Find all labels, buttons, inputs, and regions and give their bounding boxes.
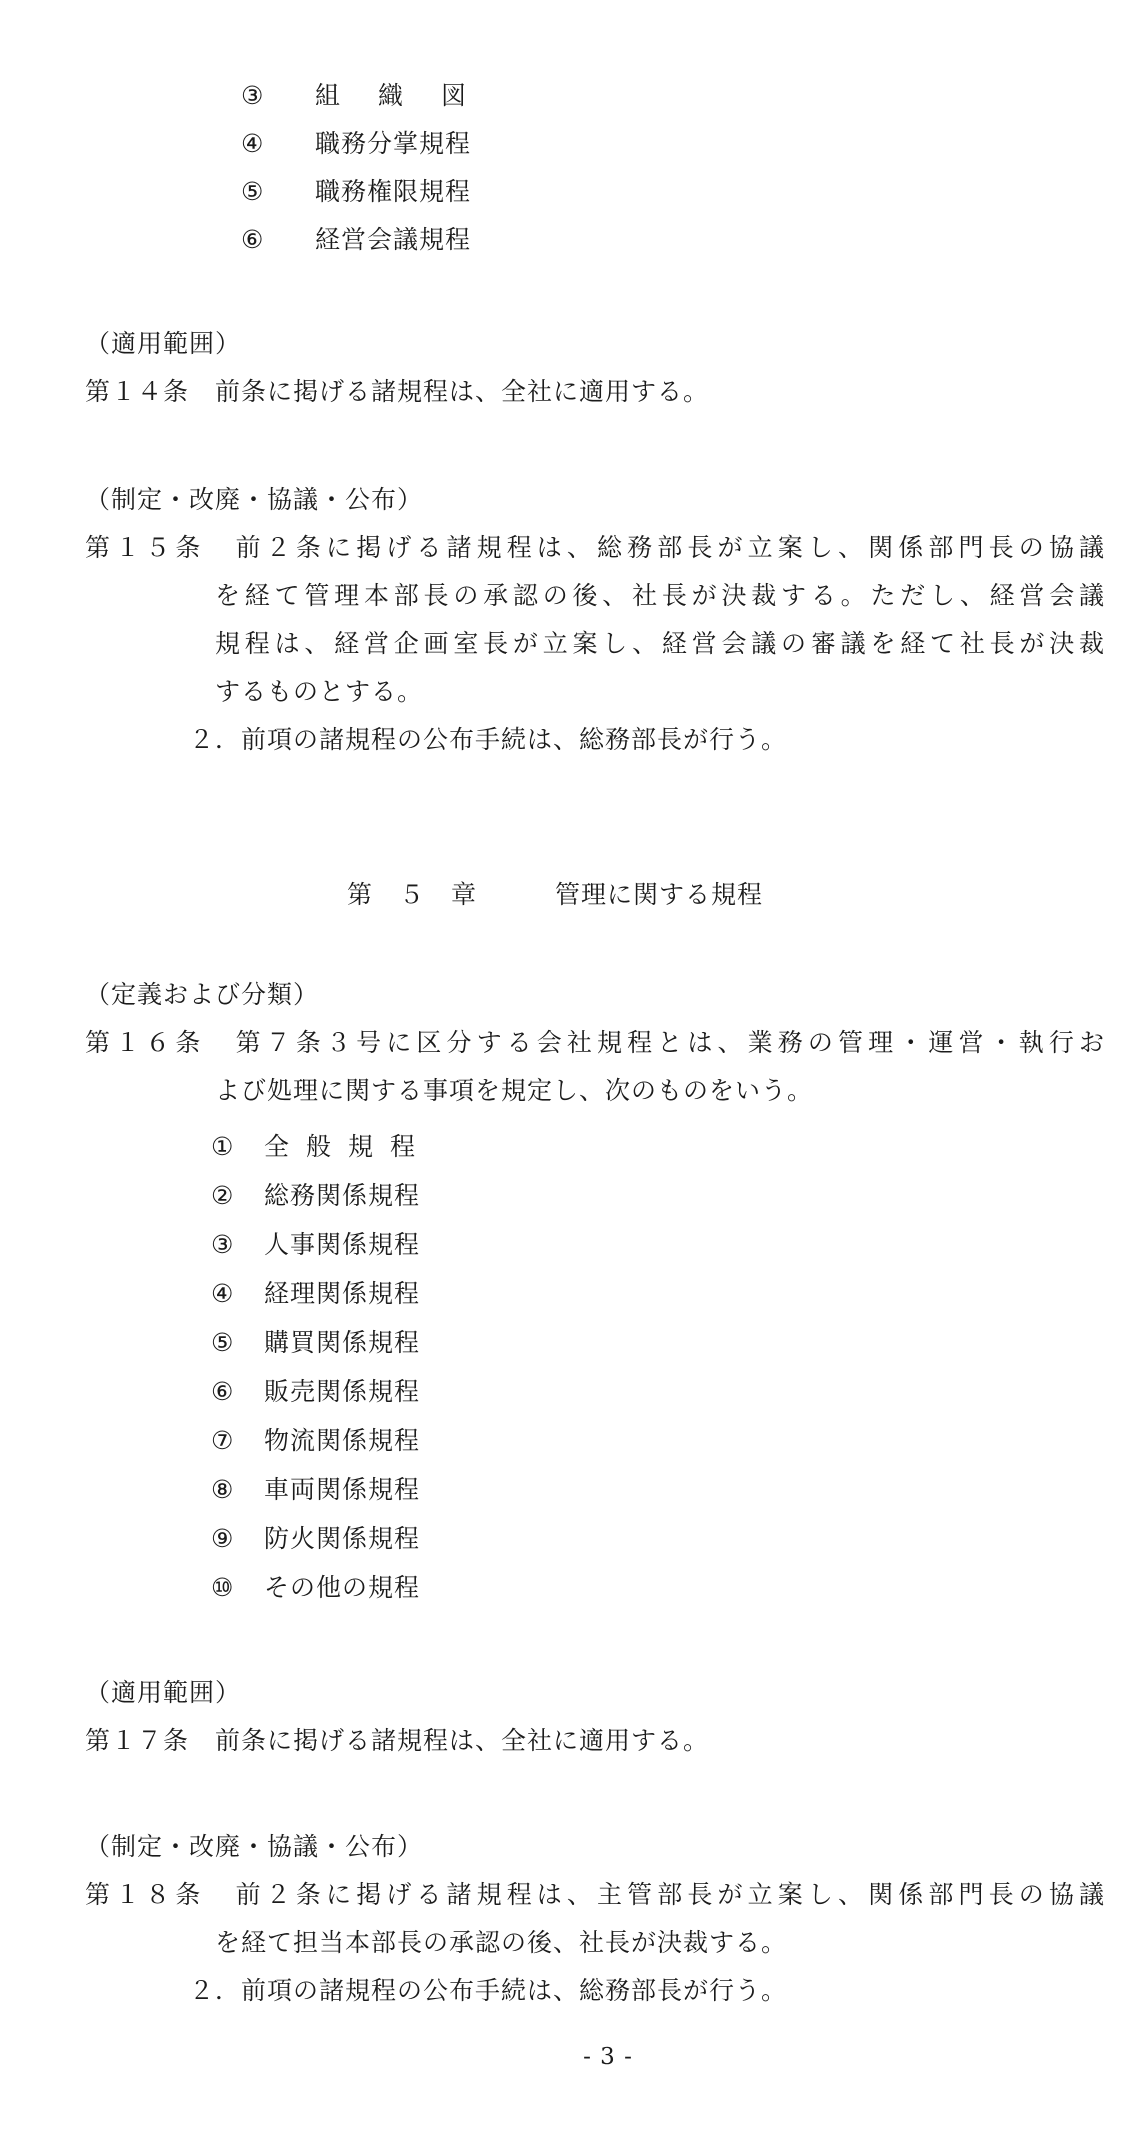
article-18-paragraph-2: ２．前項の諸規程の公布手続は、総務部長が行う。 bbox=[189, 1967, 787, 2015]
list-item-text: 販売関係規程 bbox=[264, 1377, 420, 1406]
list-item: ④職務分掌規程 bbox=[241, 120, 471, 168]
list-item-text: 総務関係規程 bbox=[264, 1181, 420, 1210]
list-item: ⑥経営会議規程 bbox=[241, 216, 471, 264]
list-item-text: 経理関係規程 bbox=[264, 1279, 420, 1308]
article-18-line: 第１８条 前２条に掲げる諸規程は、主管部長が立案し、関係部門長の協議 bbox=[85, 1871, 1105, 1919]
article-15-caption: （制定・改廃・協議・公布） bbox=[85, 476, 423, 524]
article-15-line: 第１５条 前２条に掲げる諸規程は、総務部長が立案し、関係部門長の協議 bbox=[85, 524, 1105, 572]
list-item-text: 人事関係規程 bbox=[264, 1230, 420, 1259]
article-15-line: 規程は、経営企画室長が立案し、経営会議の審議を経て社長が決裁 bbox=[215, 620, 1105, 668]
list-item-number: ③ bbox=[211, 1221, 237, 1269]
list-item: ⑨防火関係規程 bbox=[211, 1515, 420, 1563]
list-item-number: ⑤ bbox=[211, 1319, 237, 1367]
list-item-text: その他の規程 bbox=[264, 1573, 420, 1602]
article-15-paragraph-2: ２．前項の諸規程の公布手続は、総務部長が行う。 bbox=[189, 716, 787, 764]
article-14-caption: （適用範囲） bbox=[85, 320, 241, 368]
list-item-text: 組織図 bbox=[315, 72, 467, 120]
list-item: ③組織図 bbox=[241, 72, 467, 120]
article-15-line: するものとする。 bbox=[215, 668, 423, 716]
list-item-number: ⑥ bbox=[211, 1368, 237, 1416]
article-16-line: 第１６条 第７条３号に区分する会社規程とは、業務の管理・運営・執行お bbox=[85, 1019, 1105, 1067]
list-item: ④経理関係規程 bbox=[211, 1270, 420, 1318]
list-item-number: ④ bbox=[241, 120, 267, 168]
list-item-number: ④ bbox=[211, 1270, 237, 1318]
chapter-5-heading: 第 ５ 章 管理に関する規程 bbox=[347, 871, 763, 919]
list-item: ⑤購買関係規程 bbox=[211, 1319, 420, 1367]
list-item-text: 職務分掌規程 bbox=[315, 129, 471, 158]
list-item: ⑩その他の規程 bbox=[211, 1564, 420, 1612]
list-item: ②総務関係規程 bbox=[211, 1172, 420, 1220]
list-item-number: ⑦ bbox=[211, 1417, 237, 1465]
document-page: ③組織図 ④職務分掌規程 ⑤職務権限規程 ⑥経営会議規程 （適用範囲） 第１４条… bbox=[0, 0, 1140, 2151]
list-item-number: ⑩ bbox=[211, 1564, 237, 1612]
list-item-number: ⑨ bbox=[211, 1515, 237, 1563]
list-item-text: 職務権限規程 bbox=[315, 177, 471, 206]
article-16-line: よび処理に関する事項を規定し、次のものをいう。 bbox=[215, 1067, 813, 1115]
list-item-number: ⑥ bbox=[241, 216, 267, 264]
list-item-number: ② bbox=[211, 1172, 237, 1220]
list-item-number: ⑧ bbox=[211, 1466, 237, 1514]
list-item-text: 防火関係規程 bbox=[264, 1524, 420, 1553]
list-item: ⑤職務権限規程 bbox=[241, 168, 471, 216]
article-14-line: 第１４条 前条に掲げる諸規程は、全社に適用する。 bbox=[85, 368, 709, 416]
article-17-line: 第１７条 前条に掲げる諸規程は、全社に適用する。 bbox=[85, 1717, 709, 1765]
list-item: ⑥販売関係規程 bbox=[211, 1368, 420, 1416]
article-17-caption: （適用範囲） bbox=[85, 1669, 241, 1717]
list-item-number: ① bbox=[211, 1123, 237, 1171]
list-item: ⑦物流関係規程 bbox=[211, 1417, 420, 1465]
list-item: ①全般規程 bbox=[211, 1123, 416, 1171]
list-item: ③人事関係規程 bbox=[211, 1221, 420, 1269]
list-item: ⑧車両関係規程 bbox=[211, 1466, 420, 1514]
article-16-caption: （定義および分類） bbox=[85, 971, 319, 1019]
page-number: - 3 - bbox=[0, 2042, 1140, 2072]
article-15-line: を経て管理本部長の承認の後、社長が決裁する。ただし、経営会議 bbox=[215, 572, 1105, 620]
list-item-text: 物流関係規程 bbox=[264, 1426, 420, 1455]
list-item-text: 購買関係規程 bbox=[264, 1328, 420, 1357]
article-18-line: を経て担当本部長の承認の後、社長が決裁する。 bbox=[215, 1919, 787, 1967]
list-item-text: 車両関係規程 bbox=[264, 1475, 420, 1504]
article-18-caption: （制定・改廃・協議・公布） bbox=[85, 1823, 423, 1871]
list-item-number: ③ bbox=[241, 72, 267, 120]
list-item-number: ⑤ bbox=[241, 168, 267, 216]
list-item-text: 経営会議規程 bbox=[315, 225, 471, 254]
list-item-text: 全般規程 bbox=[264, 1123, 416, 1171]
